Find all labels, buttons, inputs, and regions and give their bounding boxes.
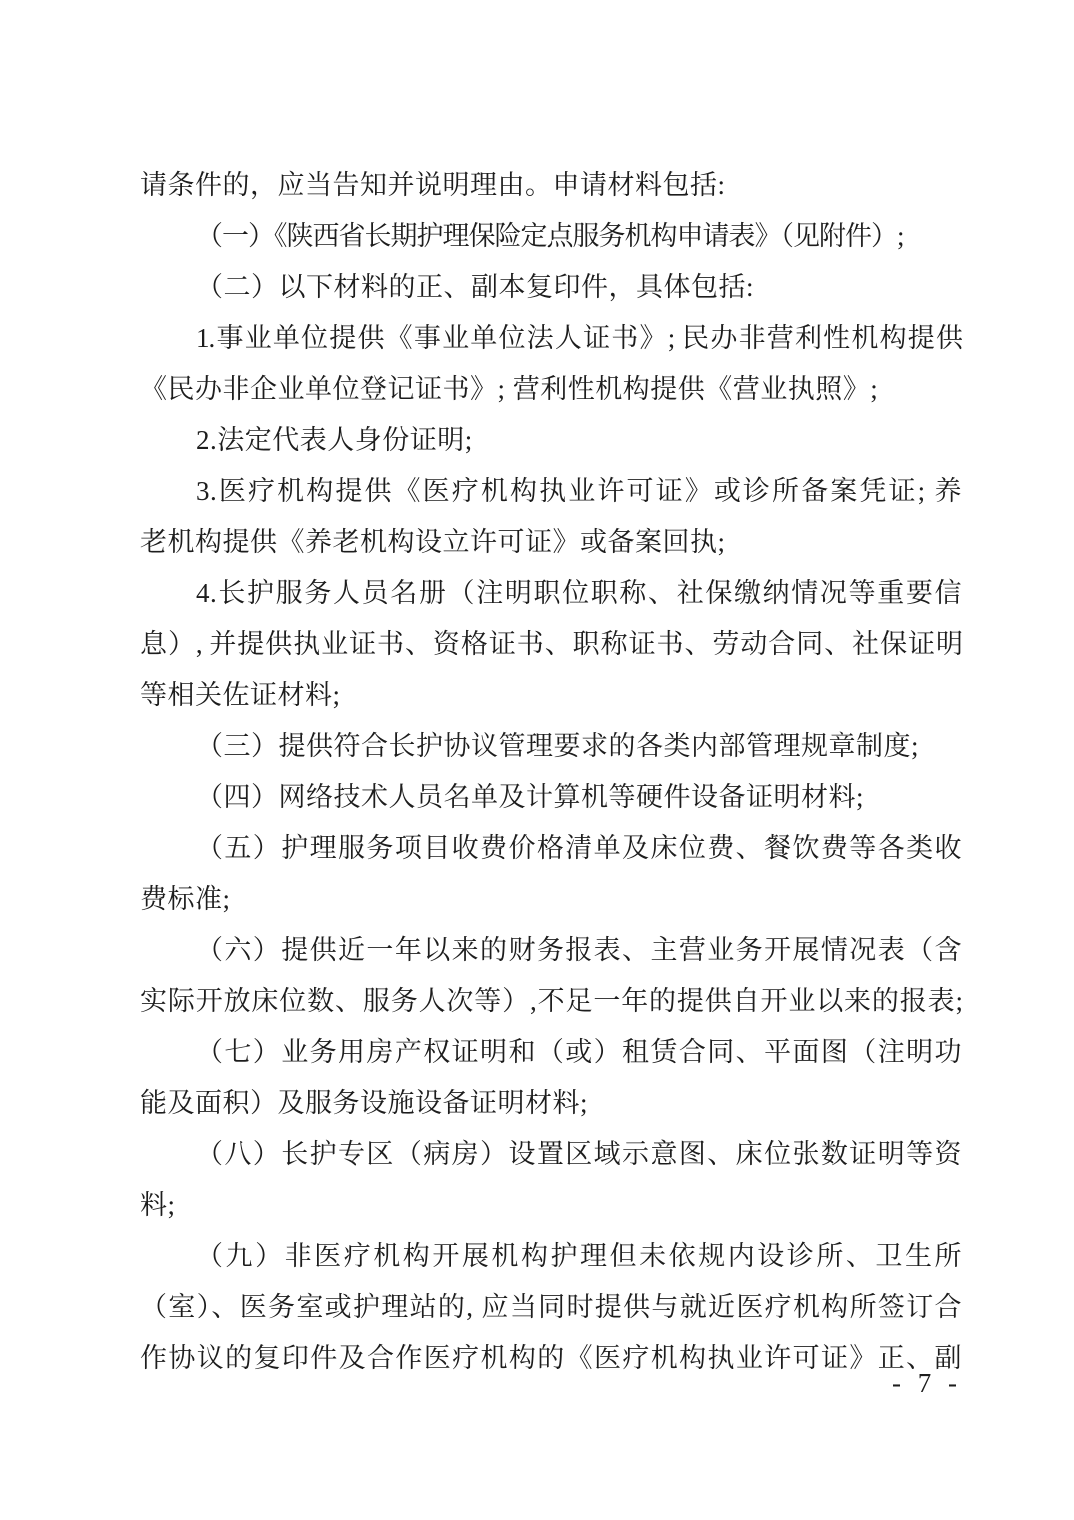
text-line: 《民办非企业单位登记证书》; 营利性机构提供《营业执照》;	[140, 364, 962, 415]
text-line: 4.长护服务人员名册（注明职位职称、社保缴纳情况等重要信	[140, 568, 962, 619]
text-line: 1.事业单位提供《事业单位法人证书》; 民办非营利性机构提供	[140, 313, 962, 364]
text-line: 作协议的复印件及合作医疗机构的《医疗机构执业许可证》正、副	[140, 1333, 962, 1384]
text-line: 能及面积）及服务设施设备证明材料;	[140, 1078, 962, 1129]
text-line: （六）提供近一年以来的财务报表、主营业务开展情况表（含	[140, 925, 962, 976]
document-lines: 请条件的，应当告知并说明理由。申请材料包括:（一）《陕西省长期护理保险定点服务机…	[140, 160, 962, 1384]
text-line: （一）《陕西省长期护理保险定点服务机构申请表》（见附件）;	[140, 211, 962, 262]
text-line: 3.医疗机构提供《医疗机构执业许可证》或诊所备案凭证; 养	[140, 466, 962, 517]
text-line: （九）非医疗机构开展机构护理但未依规内设诊所、卫生所	[140, 1231, 962, 1282]
text-line: 2.法定代表人身份证明;	[140, 415, 962, 466]
text-line: （二）以下材料的正、副本复印件，具体包括:	[140, 262, 962, 313]
text-line: （室）、医务室或护理站的, 应当同时提供与就近医疗机构所签订合	[140, 1282, 962, 1333]
text-line: 实际开放床位数、服务人次等）,不足一年的提供自开业以来的报表;	[140, 976, 962, 1027]
text-line: 料;	[140, 1180, 962, 1231]
text-line: 老机构提供《养老机构设立许可证》或备案回执;	[140, 517, 962, 568]
text-line: （七）业务用房产权证明和（或）租赁合同、平面图（注明功	[140, 1027, 962, 1078]
text-line: （三）提供符合长护协议管理要求的各类内部管理规章制度;	[140, 721, 962, 772]
page-number: - 7 -	[892, 1366, 962, 1400]
text-line: 请条件的，应当告知并说明理由。申请材料包括:	[140, 160, 962, 211]
text-line: （八）长护专区（病房）设置区域示意图、床位张数证明等资	[140, 1129, 962, 1180]
text-line: （四）网络技术人员名单及计算机等硬件设备证明材料;	[140, 772, 962, 823]
document-page: 请条件的，应当告知并说明理由。申请材料包括:（一）《陕西省长期护理保险定点服务机…	[0, 0, 1074, 1520]
text-line: 等相关佐证材料;	[140, 670, 962, 721]
text-line: （五）护理服务项目收费价格清单及床位费、餐饮费等各类收	[140, 823, 962, 874]
text-line: 费标准;	[140, 874, 962, 925]
text-line: 息）, 并提供执业证书、资格证书、职称证书、劳动合同、社保证明	[140, 619, 962, 670]
